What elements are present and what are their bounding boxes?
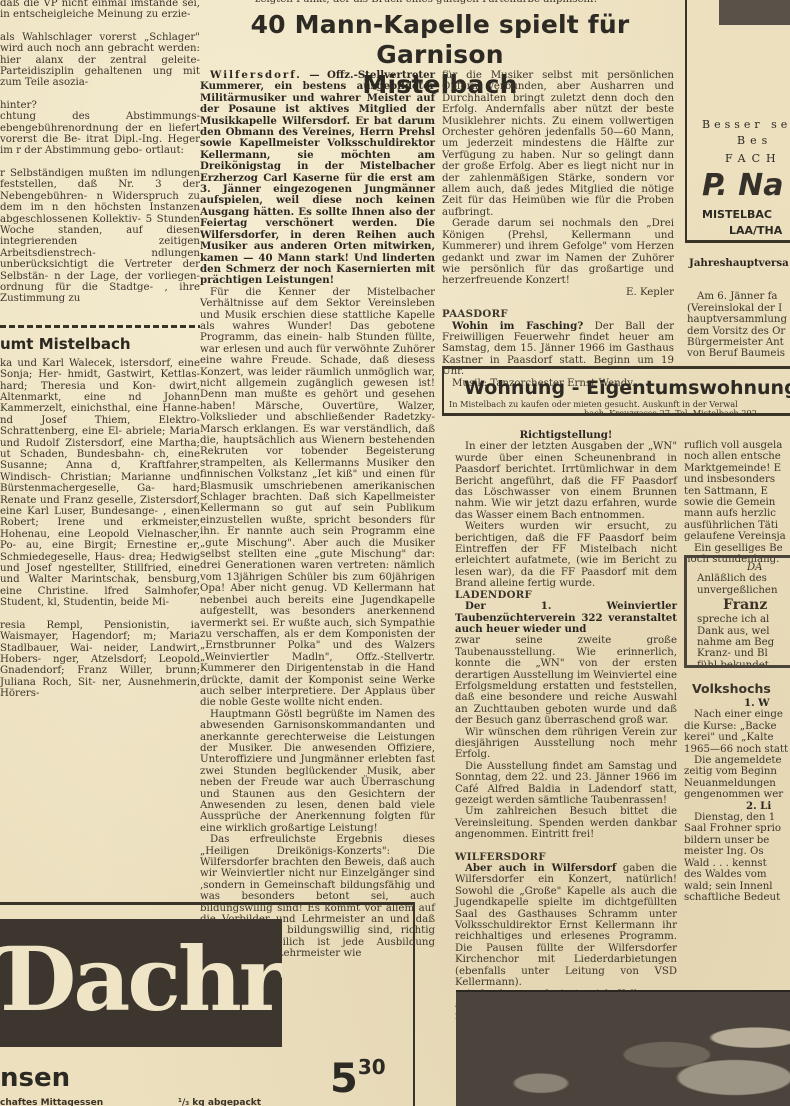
article-continuation-column: für die Musiker selbst mit persönlichen …	[442, 70, 674, 389]
jahreshauptversammlung-column: Jahreshauptversa Am 6. Jänner fa (Verein…	[687, 258, 790, 360]
fragment-line: gelaufene Vereinsja	[684, 531, 790, 542]
article-author: E. Kepler	[442, 287, 674, 298]
volks-line: Saal Frohner sprio	[684, 823, 790, 834]
article-lead: Wilfersdorf. — Offz.-Stellvertreter Kumm…	[200, 70, 435, 287]
right-edge-fragments: ruflich voll ausgela noch allen entsche …	[684, 440, 790, 565]
article-paragraph: Hauptmann Göstl begrüßte im Namen des ab…	[200, 709, 435, 834]
volks-line: Dienstag, den 1	[684, 812, 790, 823]
volks-line: 1965—66 noch statt	[684, 744, 790, 755]
death-notice-head: DA	[697, 562, 790, 573]
volks-line: Nach einer einge	[684, 709, 790, 720]
fragment-line: noch allen entsche	[684, 451, 790, 462]
fragment-line: ruflich voll ausgela	[684, 440, 790, 451]
wilfersdorf-paragraph: Aber auch in Wilfersdorf gaben die Wilfe…	[455, 863, 677, 988]
volkshochschule-title: Volkshochs	[684, 680, 790, 698]
left-subheading: hinter?	[0, 100, 200, 111]
bachring-logo: Ɗachring	[0, 919, 282, 1047]
volks-line: gengenommen wer	[684, 789, 790, 800]
jahreshaupt-line: Am 6. Jänner fa	[687, 291, 790, 302]
volks-line: des Waldes vom	[684, 869, 790, 880]
volks-line: schaftliche Bedeut	[684, 892, 790, 903]
jahreshaupt-line: dem Vorsitz des Or	[687, 326, 790, 337]
bachring-weight: ¹/₃ kg abgepackt	[178, 1098, 261, 1106]
death-notice-line: nahme am Beg	[697, 637, 790, 648]
local-news-column: Richtigstellung! In einer der letzten Au…	[455, 430, 677, 1034]
volkshochschule-item: 1. W	[684, 698, 790, 709]
volkshochschule-column: Volkshochs 1. W Nach einer einge die Kur…	[684, 680, 790, 903]
ad-line: Bes	[737, 134, 790, 147]
death-notice-line: Kranz- und Bl	[697, 648, 790, 659]
wohnung-title: Wohnung - Eigentumswohnung -	[464, 377, 790, 399]
fragment-line: ausführlichen Täti	[684, 520, 790, 531]
wilfersdorf-lead: Aber auch in Wilfersdorf	[465, 862, 616, 874]
fach-store-ad: Bl Besser se Bes FACH P. Na MISTELBAC LA…	[685, 0, 790, 243]
left-column: daß die VP nicht einmal imstande sei, in…	[0, 0, 200, 700]
births-heading: umt Mistelbach	[0, 334, 200, 354]
jahreshaupt-line: (Vereinslokal der I	[687, 303, 790, 314]
article-dateline: Wilfersdorf. —	[210, 69, 322, 81]
ladendorf-lead: Der 1. Weinviertler Taubenzüchterverein …	[455, 601, 677, 635]
death-notice-line: fühl bekundet	[697, 660, 790, 668]
death-notice-line: spreche ich al	[697, 614, 790, 625]
wilfersdorf-text: gaben die Wilfersdorfer ein Konzert, nat…	[455, 863, 677, 988]
wohnung-address: bach, Kreuzgasse 27, Tel. Mistelbach 292	[584, 408, 757, 416]
volks-line: bildern unser be	[684, 835, 790, 846]
volks-line: Neuanmeldungen	[684, 778, 790, 789]
death-notice-line: unvergeßlichen	[697, 585, 790, 596]
ad-photo	[719, 0, 790, 25]
ad-line: FACH	[725, 152, 790, 165]
ad-city: MISTELBAC	[702, 208, 790, 221]
volks-line: die Kurse: „Backe	[684, 721, 790, 732]
price-main: 5	[330, 1056, 358, 1102]
fragment-line: und insbesonders	[684, 474, 790, 485]
bachring-price: 530	[330, 1055, 386, 1102]
article-paragraph: Gerade darum sei nochmals den „Drei Köni…	[442, 218, 674, 286]
volks-line: Die angemeldete	[684, 755, 790, 766]
headline-line-1: 40 Mann-Kapelle spielt für Garnison	[195, 10, 685, 70]
death-notice-line: Dank aus, wel	[697, 626, 790, 637]
bachring-description: chaftes Mittagessen	[0, 1098, 103, 1106]
article-paragraph: für die Musiker selbst mit persönlichen …	[442, 70, 674, 218]
deaths-paragraph: resia Rempl, Pensionistin, ia Waismayer,…	[0, 620, 200, 700]
fragment-line: Marktgemeinde! E	[684, 463, 790, 474]
richtigstellung-paragraph: Weiters wurden wir ersucht, zu berichtig…	[455, 521, 677, 589]
fragment-line: sowie die Gemein	[684, 497, 790, 508]
bachring-product: nsen	[0, 1063, 70, 1093]
apartment-wanted-ad: Wohnung - Eigentumswohnung - In Mistelba…	[442, 366, 790, 416]
jahreshaupt-heading: Jahreshauptversa	[687, 258, 790, 269]
left-paragraph: als Wahlschlager vorerst „Schlager" wird…	[0, 32, 200, 89]
top-strip-text: zeigten Punkt, der als Bruch eines gülti…	[255, 0, 685, 5]
jahreshaupt-line: Bürgermeister Ant	[687, 337, 790, 348]
left-paragraph: r Selbständigen mußten im ndlungen fests…	[0, 168, 200, 305]
death-notice: DA Anläßlich des unvergeßlichen Franz sp…	[684, 555, 790, 668]
bachring-ad: Ɗachring nsen chaftes Mittagessen ¹/₃ kg…	[0, 902, 415, 1106]
death-notice-name: Franz	[697, 596, 790, 614]
death-notice-line: Anläßlich des	[697, 573, 790, 584]
article-paragraph: Für die Kenner der Mistelbacher Verhältn…	[200, 287, 435, 709]
volks-line: zeitig vom Beginn	[684, 766, 790, 777]
jahreshaupt-line: von Beruf Baumeis	[687, 348, 790, 359]
left-paragraph: chtung des Abstimmungs- ebengebührenordn…	[0, 111, 200, 157]
fragment-line: ten Sattmann, E	[684, 486, 790, 497]
volkshochschule-item: 2. Li	[684, 801, 790, 812]
volks-line: wald; sein Innenl	[684, 881, 790, 892]
fragment-line: mann aufs herzlic	[684, 508, 790, 519]
ad-city: LAA/THA	[729, 224, 790, 237]
price-cents: 30	[358, 1055, 386, 1079]
ladendorf-paragraph: Um zahlreichen Besuch bittet die Vereins…	[455, 806, 677, 840]
ad-brand-name: P. Na	[702, 168, 790, 203]
paasdorf-lead: Wohin im Fasching?	[452, 320, 583, 332]
richtigstellung-heading: Richtigstellung!	[455, 430, 677, 441]
volks-line: Wald . . . kennst	[684, 858, 790, 869]
ladendorf-paragraph: Wir wünschen dem rührigen Verein zur die…	[455, 727, 677, 761]
fragment-line: Ein geselliges Be	[684, 543, 790, 554]
volks-line: meister Ing. Os	[684, 846, 790, 857]
left-paragraph: daß die VP nicht einmal imstande sei, in…	[0, 0, 200, 21]
jahreshaupt-line: hauptversammlung	[687, 314, 790, 325]
ladendorf-paragraph: Die Ausstellung findet am Samstag und So…	[455, 761, 677, 807]
article-lead-text: Offz.-Stellvertreter Kummerer, ein beste…	[200, 69, 435, 286]
richtigstellung-paragraph: In einer der letzten Ausgaben der „WN" w…	[455, 441, 677, 521]
ad-line: Besser se	[702, 118, 790, 131]
main-article-column: Wilfersdorf. — Offz.-Stellvertreter Kumm…	[200, 70, 435, 960]
births-paragraph: ka und Karl Walecek, istersdorf, eine So…	[0, 358, 200, 609]
wavy-divider	[0, 325, 200, 328]
volks-line: kerei" und „Kalte	[684, 732, 790, 743]
ladendorf-paragraph: zwar seine zweite große Taubenausstellun…	[455, 635, 677, 726]
news-photo	[456, 990, 790, 1106]
